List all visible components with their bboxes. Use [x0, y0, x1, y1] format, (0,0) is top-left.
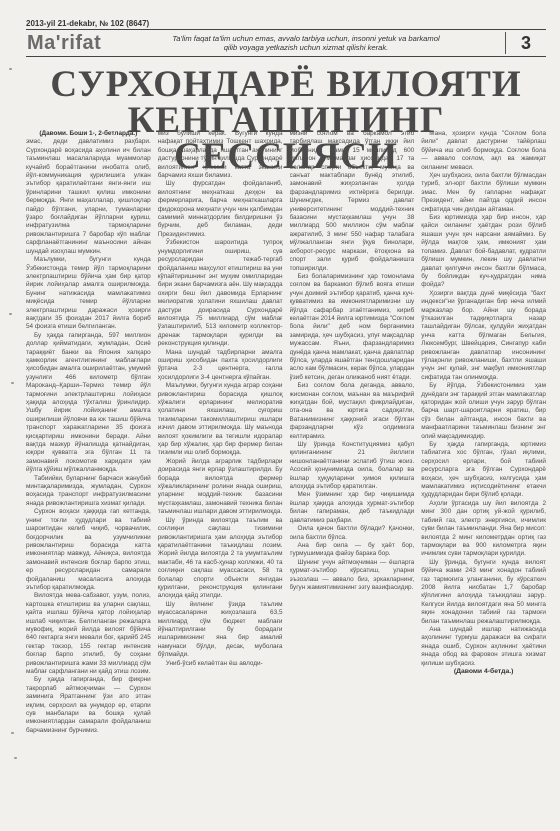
paragraph: Шунинг учун айтмоқчиман — ёшларга ҳурмат… — [290, 559, 415, 593]
paragraph: Бу йўлда, Ўзбекистонимиз ҳам дунёдаги эн… — [421, 382, 546, 441]
paragraph: Ҳеч шубҳасиз, оила бахтли бўлмасдан тури… — [421, 172, 546, 214]
scan-speck — [9, 68, 12, 70]
paragraph: мизни соғлом ва баркамол этиб тарбиялаш … — [290, 130, 415, 273]
paragraph: Маълумки, бугунги кунда Ўзбекистонда тем… — [26, 256, 151, 332]
paragraph: Жорий йилда аграрлик тадбирлари доирасид… — [158, 458, 283, 517]
paragraph: Ҳозирги вақтда дунё миқёсида "бахт индек… — [421, 290, 546, 382]
newspaper-page: 2013-yil 21-dekabr, № 102 (8647) Ma'rifa… — [26, 18, 546, 831]
paragraph: Мен ўзимнинг ҳар бир чиқишимда ёшлар ҳақ… — [290, 491, 415, 525]
continued-to-note: (Давоми 4-бетда.) — [421, 668, 546, 676]
text-column-3: мизни соғлом ва баркамол этиб тарбиялаш … — [290, 130, 415, 831]
scan-speck — [11, 732, 14, 734]
text-column-4: Мана, ҳозирги кунда "Соғлом бола йили" д… — [421, 130, 546, 831]
masthead: Ma'rifat Ta'lim faqat ta'lim uchun emas,… — [26, 29, 546, 57]
page-number: 3 — [521, 33, 531, 54]
headline-line-1: СУРХОНДАРЁ ВИЛОЯТИ — [26, 67, 546, 103]
motto-line-2: qilib voyaga yetkazish uchun xizmat qili… — [115, 43, 497, 53]
paragraph: Бу ҳақда гапирганда, 597 миллион доллар … — [26, 332, 151, 475]
motto-line-1: Ta'lim faqat ta'lim uchun emas, avvalo t… — [115, 34, 497, 44]
scan-speck — [11, 382, 14, 384]
paragraph: Шу фурсатдан фойдаланиб, вилоятнинг меҳн… — [158, 180, 283, 239]
scan-speck — [9, 313, 12, 315]
text-column-1: (Давоми. Боши 1-, 2-бетларда.) эмас, дед… — [26, 130, 151, 831]
paragraph: Ўзбекистон шароитида тупроқ унумдорлигин… — [158, 239, 283, 348]
paragraph: Биз юртимизда ҳар бир инсон, ҳар қайси о… — [421, 214, 546, 290]
issue-dateline: 2013-yil 21-dekabr, № 102 (8647) — [26, 18, 546, 29]
paragraph: Сурхон воҳаси ҳаққида гап кетганда, унин… — [26, 508, 151, 592]
paragraph: Ана бир оила — бу ҳаёт бор, турмушимизда… — [290, 542, 415, 559]
paragraph: Мана, ҳозирги кунда "Соғлом бола йили" д… — [421, 130, 546, 172]
scan-speck — [14, 757, 17, 759]
paragraph: Бу ҳақда гапирганда, бир фикрни такрорла… — [26, 676, 151, 735]
paragraph: Ана шундай ишлар натижасида аҳолининг ту… — [421, 626, 546, 668]
paragraph: Аҳоли ўртасида шу йил вилоятда 2 минг 30… — [421, 500, 546, 559]
paragraph: Шу ўринда, бугунги кунда вилоят бўйича ж… — [421, 559, 546, 626]
text-column-2: миз бўлиши керак. Бугунги кунда нафақат … — [158, 130, 283, 831]
paragraph: Шу ўринда вилоятда таълим ва соғлиқни са… — [158, 517, 283, 601]
paragraph: Биз соғлом бола деганда, аввало, жисмона… — [290, 382, 415, 441]
paragraph: Оила қачон бахтли бўлади? Қачонки, оила … — [290, 525, 415, 542]
article-body: (Давоми. Боши 1-, 2-бетларда.) эмас, дед… — [26, 130, 546, 831]
paragraph: Биз болаларимизнинг ҳар томонлама соғлом… — [290, 273, 415, 382]
masthead-motto: Ta'lim faqat ta'lim uchun emas, avvalo t… — [115, 34, 505, 53]
paragraph: Табиийки, буларнинг барчаси жанубий минт… — [26, 475, 151, 509]
paragraph: миз бўлиши керак. Бугунги кунда нафақат … — [158, 130, 283, 180]
paragraph: Вилоятда мева-сабзавот, узум, полиз, кар… — [26, 592, 151, 676]
newspaper-logo: Ma'rifat — [26, 32, 115, 55]
paragraph: Шу йилнинг ўзида таълим муассасаларини ж… — [158, 601, 283, 660]
page-number-box: 3 — [505, 32, 546, 54]
paragraph: эмас, деди давлатимиз раҳбари. Сурхондар… — [26, 138, 151, 256]
paragraph: Униб-ўсиб келаётган ёш авлоди- — [158, 660, 283, 668]
paragraph: Бу ҳақда гапирганда, юртимиз табиатига х… — [421, 441, 546, 500]
paragraph: Мана шундай тадбирларни амалга ошириш ҳи… — [158, 349, 283, 383]
paragraph: Маълумки, бугунги кунда аграр соҳани рив… — [158, 382, 283, 458]
paragraph: Шу ўринда Конституциямиз қабул қилингани… — [290, 441, 415, 491]
